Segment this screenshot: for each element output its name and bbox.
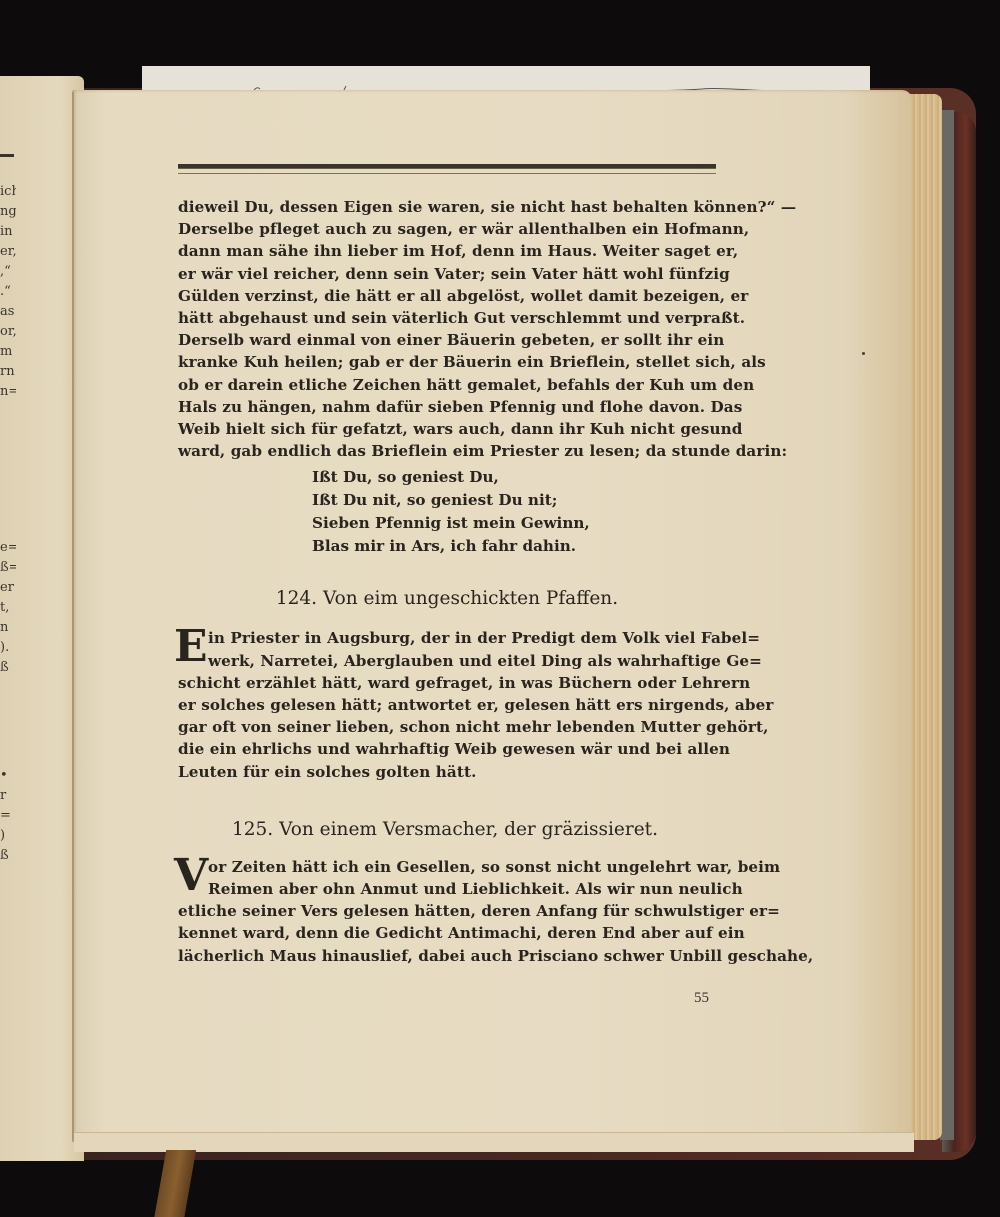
left-page-text-fragment: e= ß= er t, n ). ß [0, 538, 16, 678]
text-line: in Priester in Augsburg, der in der Pred… [178, 627, 716, 649]
continued-paragraph: dieweil Du, dessen Eigen sie waren, sie … [178, 196, 716, 462]
text-line: er wär viel reicher, denn sein Vater; se… [178, 263, 716, 285]
text-line: Leuten für ein solches golten hätt. [178, 761, 716, 783]
text-line: Derselb ward einmal von einer Bäuerin ge… [178, 329, 716, 351]
text-line: lächerlich Maus hinauslief, dabei auch P… [178, 945, 716, 967]
page-number: 55 [694, 990, 709, 1007]
head-rule-thin [178, 173, 716, 174]
text-line: gar oft von seiner lieben, schon nicht m… [178, 716, 716, 738]
book-photo: ich ng in er, ,“ .“ as or, m rn n= e= ß=… [0, 0, 1000, 1217]
gutter [72, 92, 74, 1142]
text-line: etliche seiner Vers gelesen hätten, dere… [178, 900, 716, 922]
section-124-paragraph: E in Priester in Augsburg, der in der Pr… [178, 627, 716, 782]
section-heading-124: 124. Von eim ungeschickten Pfaffen. [178, 588, 716, 609]
verse-line: Blas mir in Ars, ich fahr dahin. [312, 535, 716, 558]
text-line: werk, Narretei, Aberglauben und eitel Di… [178, 650, 716, 672]
section-125-paragraph: V or Zeiten hätt ich ein Gesellen, so so… [178, 856, 716, 967]
text-line: die ein ehrlichs und wahrhaftig Weib gew… [178, 738, 716, 760]
page-bottom-edge [74, 1132, 914, 1152]
dropcap: V [174, 854, 208, 898]
text-line: hätt abgehaust und sein väterlich Gut ve… [178, 307, 716, 329]
verse-line: Ißt Du, so geniest Du, [312, 466, 716, 489]
text-line: ward, gab endlich das Brieflein eim Prie… [178, 440, 716, 462]
text-line: dieweil Du, dessen Eigen sie waren, sie … [178, 196, 716, 218]
left-page-text-fragment: ich ng in er, ,“ .“ as or, m rn n= [0, 182, 16, 402]
bookmark-ribbon [154, 1150, 196, 1217]
paper-speck [862, 352, 865, 355]
text-line: or Zeiten hätt ich ein Gesellen, so sons… [178, 856, 716, 878]
text-line: Gülden verzinst, die hätt er all abgelös… [178, 285, 716, 307]
left-page-text-fragment: • r = ) ß [0, 766, 16, 866]
text-line: Weib hielt sich für gefatzt, wars auch, … [178, 418, 716, 440]
text-line: ob er darein etliche Zeichen hätt gemale… [178, 374, 716, 396]
text-line: kranke Kuh heilen; gab er der Bäuerin ei… [178, 351, 716, 373]
dropcap: E [174, 625, 208, 669]
text-line: er solches gelesen hätt; antwortet er, g… [178, 694, 716, 716]
head-rule [178, 164, 716, 169]
page-text: dieweil Du, dessen Eigen sie waren, sie … [178, 164, 716, 967]
text-line: Reimen aber ohn Anmut und Lieblichkeit. … [178, 878, 716, 900]
text-line: Derselbe pfleget auch zu sagen, er wär a… [178, 218, 716, 240]
text-line: dann man sähe ihn lieber im Hof, denn im… [178, 240, 716, 262]
section-heading-125: 125. Von einem Versmacher, der gräzissie… [174, 819, 716, 840]
left-head-rule [0, 154, 14, 157]
text-line: schicht erzählet hätt, ward gefraget, in… [178, 672, 716, 694]
text-line: kennet ward, denn die Gedicht Antimachi,… [178, 922, 716, 944]
verse: Ißt Du, so geniest Du, Ißt Du nit, so ge… [312, 466, 716, 558]
verse-line: Sieben Pfennig ist mein Gewinn, [312, 512, 716, 535]
text-line: Hals zu hängen, nahm dafür sieben Pfenni… [178, 396, 716, 418]
endpaper-board [940, 110, 954, 1140]
verse-line: Ißt Du nit, so geniest Du nit; [312, 489, 716, 512]
